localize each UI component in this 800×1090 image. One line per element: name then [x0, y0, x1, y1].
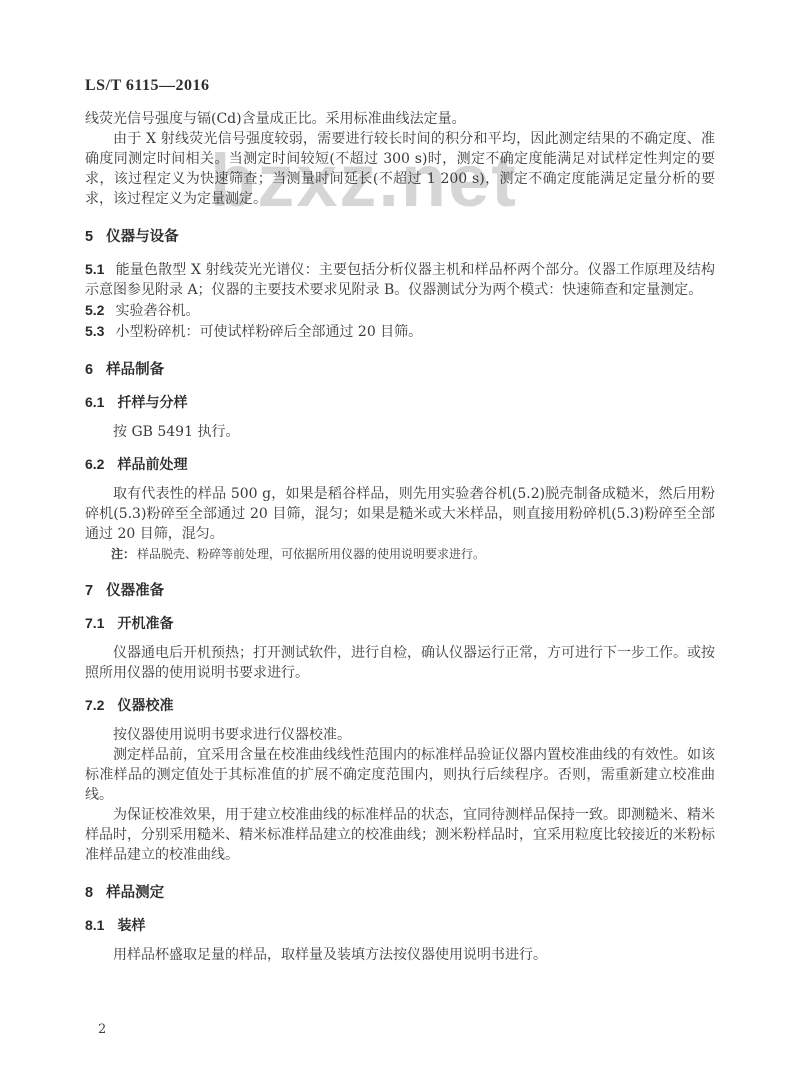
clause-5-2-number: 5.2 — [85, 302, 104, 318]
section-8-1-heading: 8.1装样 — [85, 915, 715, 935]
section-5-number: 5 — [85, 227, 93, 247]
section-8-1-title: 装样 — [117, 917, 145, 933]
section-5-heading: 5仪器与设备 — [85, 227, 715, 247]
paragraph-7-2-3: 为保证校准效果，用于建立校准曲线的标准样品的状态，宜同待测样品保持一致。即测糙米… — [85, 805, 715, 865]
section-6-1-number: 6.1 — [85, 392, 104, 412]
section-7-2-heading: 7.2仪器校准 — [85, 695, 715, 715]
section-7-title: 仪器准备 — [106, 583, 164, 599]
paragraph-continued: 线荧光信号强度与镉(Cd)含量成正比。采用标准曲线法定量。 — [85, 109, 715, 129]
section-6-2-title: 样品前处理 — [117, 456, 187, 472]
paragraph-7-2-2: 测定样品前，宜采用含量在校准曲线线性范围内的标准样品验证仪器内置校准曲线的有效性… — [85, 745, 715, 805]
clause-5-3-text: 小型粉碎机：可使试样粉碎后全部通过 20 目筛。 — [115, 324, 422, 340]
section-6-1-title: 扦样与分样 — [117, 394, 187, 410]
document-page: bzxz.net LS/T 6115—2016 线荧光信号强度与镉(Cd)含量成… — [0, 0, 800, 1090]
clause-5-3-number: 5.3 — [85, 323, 104, 339]
section-7-2-title: 仪器校准 — [117, 697, 173, 713]
section-6-heading: 6样品制备 — [85, 360, 715, 380]
note-text: 样品脱壳、粉碎等前处理，可依据所用仪器的使用说明要求进行。 — [137, 547, 485, 561]
section-7-number: 7 — [85, 581, 93, 601]
clause-5-1-text: 能量色散型 X 射线荧光光谱仪：主要包括分析仪器主机和样品杯两个部分。仪器工作原… — [85, 262, 715, 298]
paragraph-7-2-1: 按仪器使用说明书要求进行仪器校准。 — [85, 725, 715, 745]
section-7-1-number: 7.1 — [85, 613, 104, 633]
clause-5-3: 5.3小型粉碎机：可使试样粉碎后全部通过 20 目筛。 — [85, 321, 715, 342]
clause-5-1: 5.1能量色散型 X 射线荧光光谱仪：主要包括分析仪器主机和样品杯两个部分。仪器… — [85, 259, 715, 300]
section-6-title: 样品制备 — [106, 362, 164, 378]
section-7-1-heading: 7.1开机准备 — [85, 613, 715, 633]
section-7-2-number: 7.2 — [85, 695, 104, 715]
section-7-1-title: 开机准备 — [117, 615, 173, 631]
page-content: LS/T 6115—2016 线荧光信号强度与镉(Cd)含量成正比。采用标准曲线… — [85, 75, 715, 965]
section-7-heading: 7仪器准备 — [85, 581, 715, 601]
section-8-number: 8 — [85, 883, 93, 903]
clause-5-2-text: 实验砻谷机。 — [115, 303, 199, 319]
paragraph-8-1: 用样品杯盛取足量的样品，取样量及装填方法按仪器使用说明书进行。 — [85, 945, 715, 965]
clause-5-2: 5.2实验砻谷机。 — [85, 300, 715, 321]
note-6-2: 注：样品脱壳、粉碎等前处理，可依据所用仪器的使用说明要求进行。 — [111, 546, 715, 563]
section-8-title: 样品测定 — [106, 885, 164, 901]
section-8-heading: 8样品测定 — [85, 883, 715, 903]
standard-number-header: LS/T 6115—2016 — [85, 75, 715, 97]
section-6-1-heading: 6.1扦样与分样 — [85, 392, 715, 412]
note-label: 注： — [111, 547, 135, 561]
paragraph-6-1: 按 GB 5491 执行。 — [85, 422, 715, 442]
section-6-2-number: 6.2 — [85, 454, 104, 474]
paragraph-7-1: 仪器通电后开机预热；打开测试软件，进行自检，确认仪器运行正常，方可进行下一步工作… — [85, 643, 715, 683]
paragraph-intro: 由于 X 射线荧光信号强度较弱，需要进行较长时间的积分和平均，因此测定结果的不确… — [85, 129, 715, 209]
clause-5-1-number: 5.1 — [85, 261, 104, 277]
section-6-number: 6 — [85, 360, 93, 380]
section-5-title: 仪器与设备 — [106, 229, 179, 245]
section-6-2-heading: 6.2样品前处理 — [85, 454, 715, 474]
paragraph-6-2: 取有代表性的样品 500 g，如果是稻谷样品，则先用实验砻谷机(5.2)脱壳制备… — [85, 484, 715, 544]
page-number: 2 — [98, 1022, 106, 1037]
section-8-1-number: 8.1 — [85, 915, 104, 935]
